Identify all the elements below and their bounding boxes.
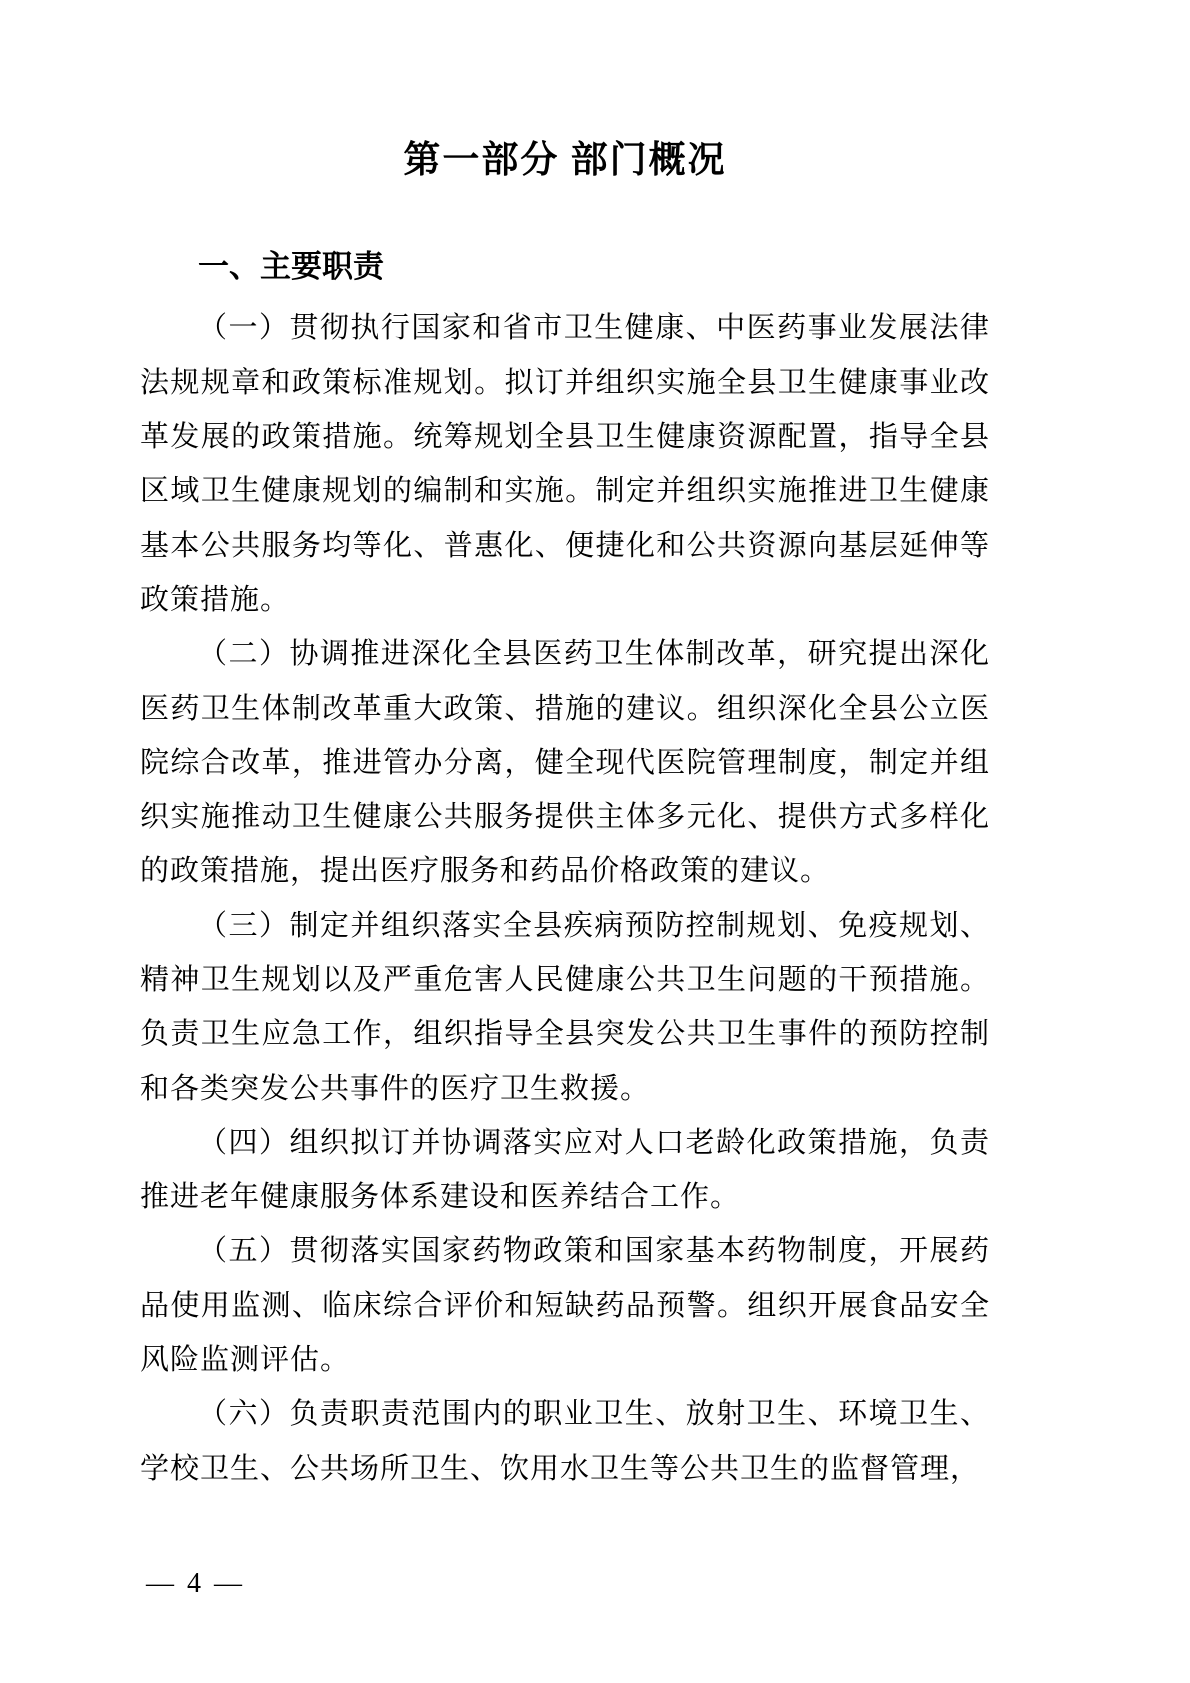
document-page: 第一部分 部门概况 一、主要职责 （一）贯彻执行国家和省市卫生健康、中医药事业发… xyxy=(0,0,1190,1683)
paragraph-responsibility-1: （一）贯彻执行国家和省市卫生健康、中医药事业发展法律法规规章和政策标准规划。拟订… xyxy=(140,301,990,627)
paragraph-responsibility-4: （四）组织拟订并协调落实应对人口老龄化政策措施，负责推进老年健康服务体系建设和医… xyxy=(140,1116,990,1225)
section-heading: 一、主要职责 xyxy=(140,248,990,285)
paragraph-responsibility-5: （五）贯彻落实国家药物政策和国家基本药物制度，开展药品使用监测、临床综合评价和短… xyxy=(140,1224,990,1387)
document-content: 第一部分 部门概况 一、主要职责 （一）贯彻执行国家和省市卫生健康、中医药事业发… xyxy=(140,0,990,1496)
page-number: — 4 — xyxy=(146,1568,245,1600)
paragraph-responsibility-2: （二）协调推进深化全县医药卫生体制改革，研究提出深化医药卫生体制改革重大政策、措… xyxy=(140,627,990,898)
paragraph-responsibility-6: （六）负责职责范围内的职业卫生、放射卫生、环境卫生、学校卫生、公共场所卫生、饮用… xyxy=(140,1387,990,1496)
document-body: （一）贯彻执行国家和省市卫生健康、中医药事业发展法律法规规章和政策标准规划。拟订… xyxy=(140,301,990,1496)
paragraph-responsibility-3: （三）制定并组织落实全县疾病预防控制规划、免疫规划、精神卫生规划以及严重危害人民… xyxy=(140,899,990,1116)
document-title: 第一部分 部门概况 xyxy=(140,138,990,184)
